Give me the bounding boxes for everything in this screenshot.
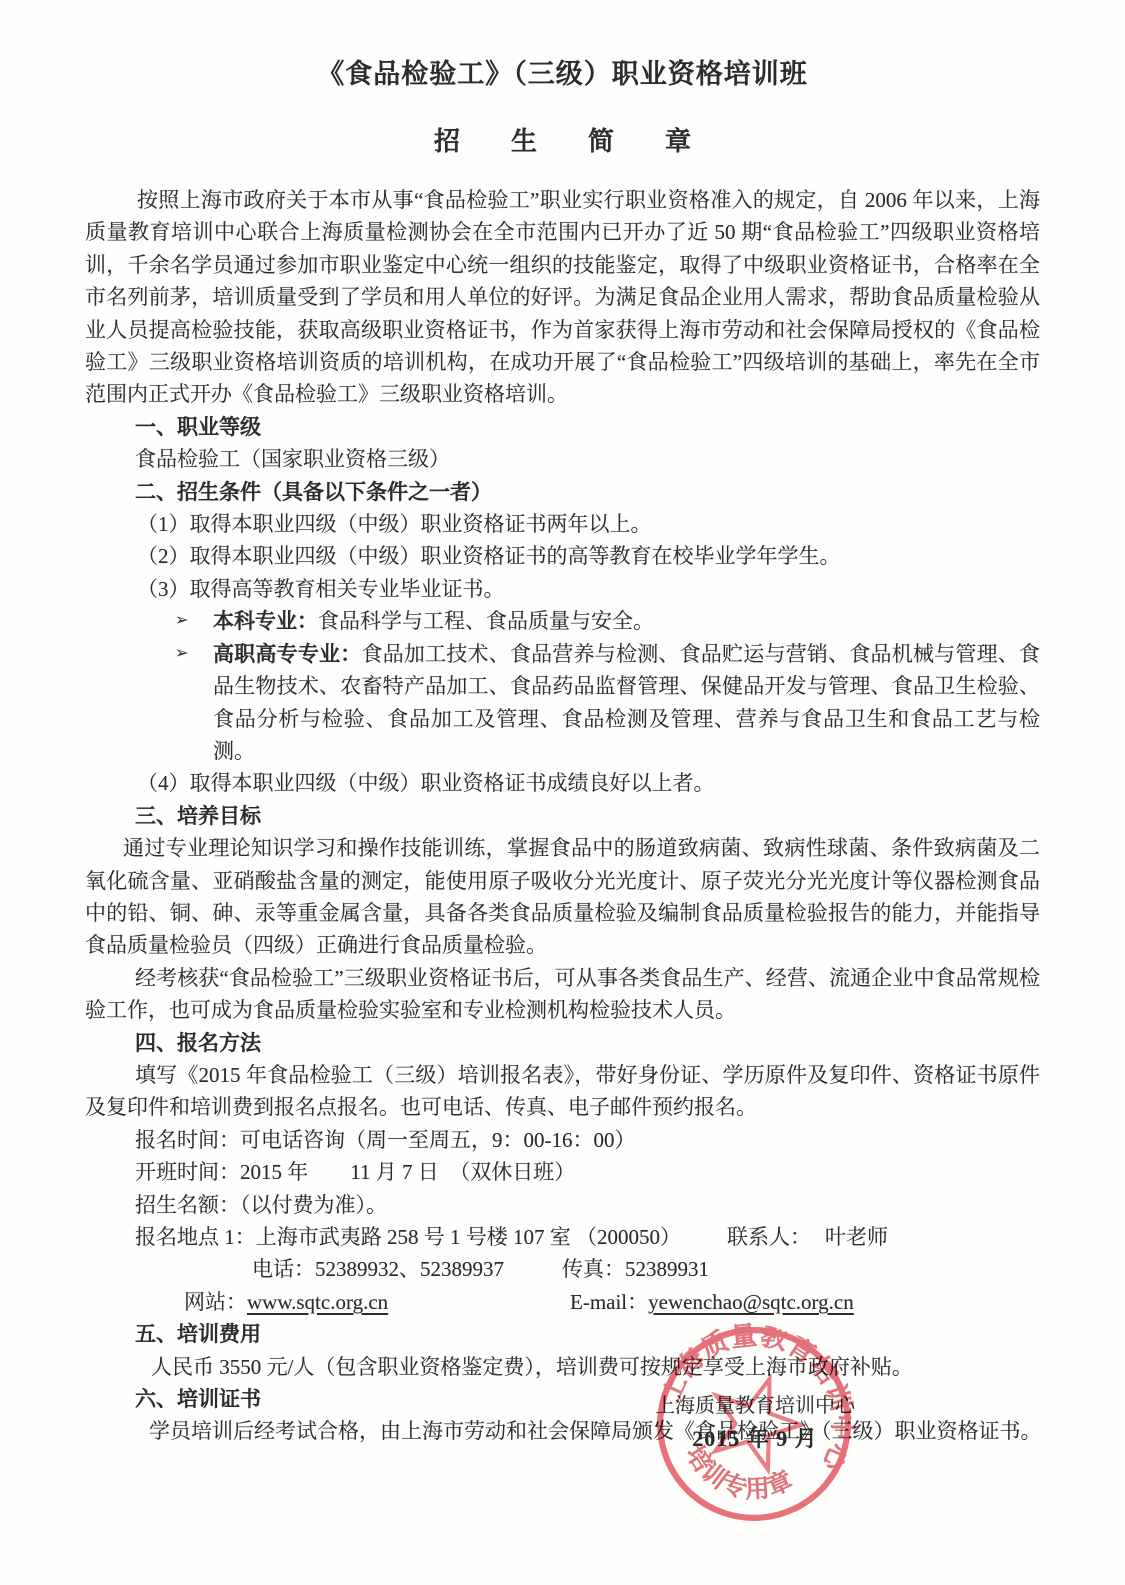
bullet-text: 高职高专专业：食品加工技术、食品营养与检测、食品贮运与营销、食品机械与管理、食品… — [213, 638, 1040, 768]
registration-time-line: 报名时间：可电话咨询（周一至周五，9：00-16：00） — [135, 1124, 1040, 1156]
goal-paragraph-1: 通过专业理论知识学习和操作技能训练，掌握食品中的肠道致病菌、致病性球菌、条件致病… — [85, 832, 1040, 962]
section-2-heading: 二、招生条件（具备以下条件之一者） — [135, 476, 1040, 508]
bullet-label: 高职高专专业： — [213, 642, 361, 666]
bullet-label: 本科专业： — [213, 609, 318, 633]
condition-item-2: （2）取得本职业四级（中级）职业资格证书的高等教育在校毕业学年学生。 — [137, 540, 1040, 572]
fax-number: 52389931 — [625, 1257, 709, 1281]
goal-paragraph-2: 经考核获“食品检验工”三级职业资格证书后，可从事各类食品生产、经营、流通企业中食… — [85, 962, 1040, 1027]
phone-label: 电话： — [252, 1257, 315, 1281]
address-text: 报名地点 1：上海市武夷路 258 号 1 号楼 107 室 （200050） — [135, 1225, 681, 1249]
document-page: 《食品检验工》（三级）职业资格培训班 招生简章 按照上海市政府关于本市从事“食品… — [0, 0, 1125, 1585]
fax-label: 传真： — [562, 1257, 625, 1281]
arrow-bullet-icon: ➢ — [175, 605, 213, 637]
certificate-line: 学员培训后经考试合格，由上海市劳动和社会保障局颁发《食品检验工》（三级）职业资格… — [149, 1415, 1040, 1447]
bullet-college-majors: ➢ 高职高专专业：食品加工技术、食品营养与检测、食品贮运与营销、食品机械与管理、… — [175, 638, 1040, 768]
page-title: 《食品检验工》（三级）职业资格培训班 — [85, 54, 1040, 94]
email-address: yewenchao@sqtc.org.cn — [648, 1290, 854, 1314]
condition-item-4: （4）取得本职业四级（中级）职业资格证书成绩良好以上者。 — [137, 767, 1040, 799]
contact-name: 叶老师 — [825, 1225, 888, 1249]
section-1-heading: 一、职业等级 — [135, 411, 1040, 443]
condition-item-1: （1）取得本职业四级（中级）职业资格证书两年以上。 — [137, 508, 1040, 540]
section-1-body: 食品检验工（国家职业资格三级） — [135, 443, 1040, 475]
phone-numbers: 52389932、52389937 — [315, 1257, 504, 1281]
fax-block: 传真：52389931 — [562, 1253, 709, 1285]
email-label: E-mail： — [570, 1290, 648, 1314]
bullet-undergrad-majors: ➢ 本科专业：食品科学与工程、食品质量与安全。 — [175, 605, 1040, 637]
phone-fax-line: 电话：52389932、52389937 传真：52389931 — [252, 1253, 1040, 1285]
registration-paragraph: 填写《2015 年食品检验工（三级）培训报名表》，带好身份证、学历原件及复印件、… — [85, 1059, 1040, 1124]
section-4-heading: 四、报名方法 — [135, 1027, 1040, 1059]
email-block: E-mail：yewenchao@sqtc.org.cn — [570, 1286, 854, 1318]
address-line: 报名地点 1：上海市武夷路 258 号 1 号楼 107 室 （200050）联… — [135, 1221, 1040, 1253]
arrow-bullet-icon: ➢ — [175, 638, 213, 768]
section-6-heading: 六、培训证书 — [135, 1383, 1040, 1415]
signature-date: 2015 年 9 月 — [646, 1424, 864, 1454]
intro-paragraph: 按照上海市政府关于本市从事“食品检验工”职业实行职业资格准入的规定，自 2006… — [85, 184, 1040, 411]
quota-line: 招生名额：（以付费为准）。 — [135, 1189, 1040, 1221]
web-email-line: 网站：www.sqtc.org.cn E-mail：yewenchao@sqtc… — [184, 1286, 1040, 1318]
fee-line: 人民币 3550 元/人（包含职业资格鉴定费），培训费可按规定享受上海市政府补贴… — [151, 1351, 1040, 1383]
contact-label: 联系人： — [727, 1225, 811, 1249]
section-5-heading: 五、培训费用 — [135, 1318, 1040, 1350]
condition-item-3: （3）取得高等教育相关专业毕业证书。 — [137, 573, 1040, 605]
signature-organization: 上海质量教育培训中心 — [646, 1392, 864, 1420]
class-start-line: 开班时间：2015 年 11 月 7 日 （双休日班） — [135, 1156, 1040, 1188]
website-label: 网站： — [184, 1290, 247, 1314]
website-url: www.sqtc.org.cn — [247, 1290, 388, 1314]
section-3-heading: 三、培养目标 — [135, 800, 1040, 832]
bullet-body: 食品科学与工程、食品质量与安全。 — [318, 609, 654, 633]
document-content: 《食品检验工》（三级）职业资格培训班 招生简章 按照上海市政府关于本市从事“食品… — [0, 0, 1125, 1448]
page-subtitle: 招生简章 — [85, 124, 1040, 160]
signature-block: 上海质量教育培训中心 2015 年 9 月 — [646, 1392, 864, 1454]
bullet-text: 本科专业：食品科学与工程、食品质量与安全。 — [213, 605, 1040, 637]
